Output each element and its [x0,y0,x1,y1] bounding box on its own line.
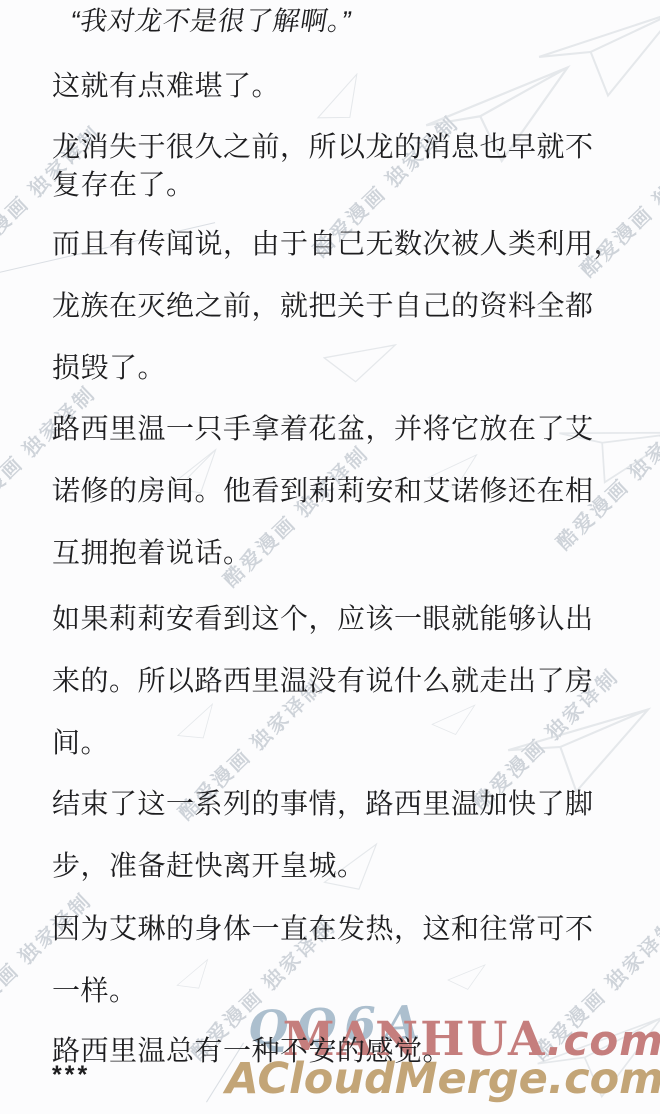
novel-text-page: 酷爱漫画 独家译制 酷爱漫画 独家译制 酷爱漫画 独家译制 酷爱漫画 独家译制 … [0,0,660,1114]
scene-break-stars: *** [52,1060,90,1090]
paragraph: 而且有传闻说，由于自己无数次被人类利用， 龙族在灭绝之前，就把关于自己的资料全都… [52,213,622,399]
paragraph: 龙消失于很久之前，所以龙的消息也早就不 复存在了。 [52,128,594,204]
paragraph: 路西里温一只手拿着花盆，并将它放在了艾 诺修的房间。他看到莉莉安和艾诺修还在相 … [52,398,594,584]
paragraph: 如果莉莉安看到这个，应该一眼就能够认出 来的。所以路西里温没有说什么就走出了房 … [52,588,594,774]
paragraph: 路西里温总有一种不安的感觉。 [52,1020,451,1082]
paragraph-quote: “我对龙不是很了解啊。” [66,0,356,52]
novel-text-body: “我对龙不是很了解啊。” 这就有点难堪了。 龙消失于很久之前，所以龙的消息也早就… [0,0,660,1114]
paragraph: 这就有点难堪了。 [52,55,280,117]
paragraph: 因为艾琳的身体一直在发热，这和往常可不 一样。 [52,898,594,1022]
paragraph: 结束了这一系列的事情，路西里温加快了脚 步，准备赶快离开皇城。 [52,773,594,897]
